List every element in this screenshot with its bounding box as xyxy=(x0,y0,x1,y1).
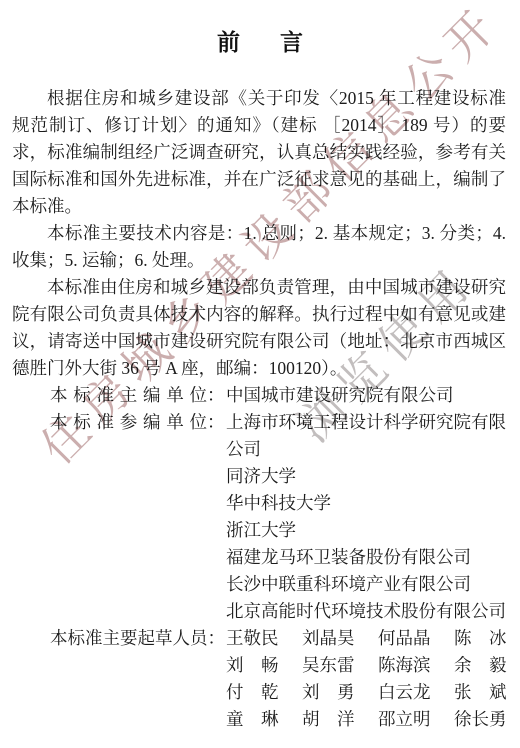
drafter-name: 何品晶 xyxy=(378,625,431,652)
unit-item: 长沙中联重科环境产业有限公司 xyxy=(226,571,506,598)
drafter-name: 付 乾 xyxy=(226,679,279,706)
drafters-row: 本标准主要起草人员： 王敬民 刘晶昊 何品晶 陈 冰 刘 畅 吴东雷 陈海滨 余… xyxy=(12,625,506,733)
chief-editor-label: 本标准主编单位： xyxy=(50,382,226,409)
chief-editor-colon: ： xyxy=(207,385,225,405)
page-title: 前言 xyxy=(0,24,520,57)
chief-editor-row: 本标准主编单位： 中国城市建设研究院有限公司 xyxy=(12,382,506,409)
title-char-2: 言 xyxy=(280,30,303,55)
drafters-label: 本标准主要起草人员： xyxy=(50,625,226,652)
drafter-name: 刘 勇 xyxy=(302,679,355,706)
chief-editor-units: 中国城市建设研究院有限公司 xyxy=(226,382,506,409)
participating-editors-colon: ： xyxy=(207,412,225,432)
chief-editor-label-text: 本标准主编单位 xyxy=(50,382,207,409)
paragraph-management: 本标准由住房和城乡建设部负责管理，由中国城市建设研究院有限公司负责具体技术内容的… xyxy=(12,274,506,382)
drafter-name: 张 斌 xyxy=(454,679,507,706)
unit-item: 北京高能时代环境技术股份有限公司 xyxy=(226,598,506,625)
paragraph-basis: 根据住房和城乡建设部《关于印发〈2015 年工程建设标准规范制订、修订计划〉的通… xyxy=(12,85,506,220)
unit-item: 华中科技大学 xyxy=(226,490,506,517)
unit-item: 福建龙马环卫装备股份有限公司 xyxy=(226,544,506,571)
drafter-name: 胡 洋 xyxy=(302,706,355,733)
drafter-name: 王敬民 xyxy=(226,625,279,652)
drafters-grid: 王敬民 刘晶昊 何品晶 陈 冰 刘 畅 吴东雷 陈海滨 余 毅 付 乾 刘 勇 … xyxy=(226,625,506,733)
drafter-name: 刘 畅 xyxy=(226,652,279,679)
paragraph-contents: 本标准主要技术内容是：1. 总则；2. 基本规定；3. 分类；4. 收集；5. … xyxy=(12,220,506,274)
drafter-name: 白云龙 xyxy=(378,679,431,706)
unit-item: 上海市环境工程设计科学研究院有限公司 xyxy=(226,409,506,463)
document-page: 住房城乡建设部信息公开 浏览使用 前言 根据住房和城乡建设部《关于印发〈2015… xyxy=(0,0,520,748)
drafter-name: 邵立明 xyxy=(378,706,431,733)
participating-editors-row: 本标准参编单位： 上海市环境工程设计科学研究院有限公司 同济大学 华中科技大学 … xyxy=(12,409,506,625)
drafters-names: 王敬民 刘晶昊 何品晶 陈 冰 刘 畅 吴东雷 陈海滨 余 毅 付 乾 刘 勇 … xyxy=(226,625,506,733)
unit-item: 同济大学 xyxy=(226,463,506,490)
drafter-name: 吴东雷 xyxy=(302,652,355,679)
participating-editors-label-text: 本标准参编单位 xyxy=(50,409,207,436)
drafter-name: 徐长勇 xyxy=(454,706,507,733)
drafter-name: 陈 冰 xyxy=(454,625,507,652)
drafters-label-text: 本标准主要起草人员 xyxy=(50,628,208,648)
participating-editors-units: 上海市环境工程设计科学研究院有限公司 同济大学 华中科技大学 浙江大学 福建龙马… xyxy=(226,409,506,625)
title-char-1: 前 xyxy=(217,30,240,55)
drafter-name: 余 毅 xyxy=(454,652,507,679)
unit-item: 中国城市建设研究院有限公司 xyxy=(226,382,506,409)
drafter-name: 童 琳 xyxy=(226,706,279,733)
drafter-name: 陈海滨 xyxy=(378,652,431,679)
unit-item: 浙江大学 xyxy=(226,517,506,544)
participating-editors-label: 本标准参编单位： xyxy=(50,409,226,436)
drafter-name: 刘晶昊 xyxy=(302,625,355,652)
drafters-colon: ： xyxy=(208,628,226,648)
document-body: 根据住房和城乡建设部《关于印发〈2015 年工程建设标准规范制订、修订计划〉的通… xyxy=(0,85,520,733)
